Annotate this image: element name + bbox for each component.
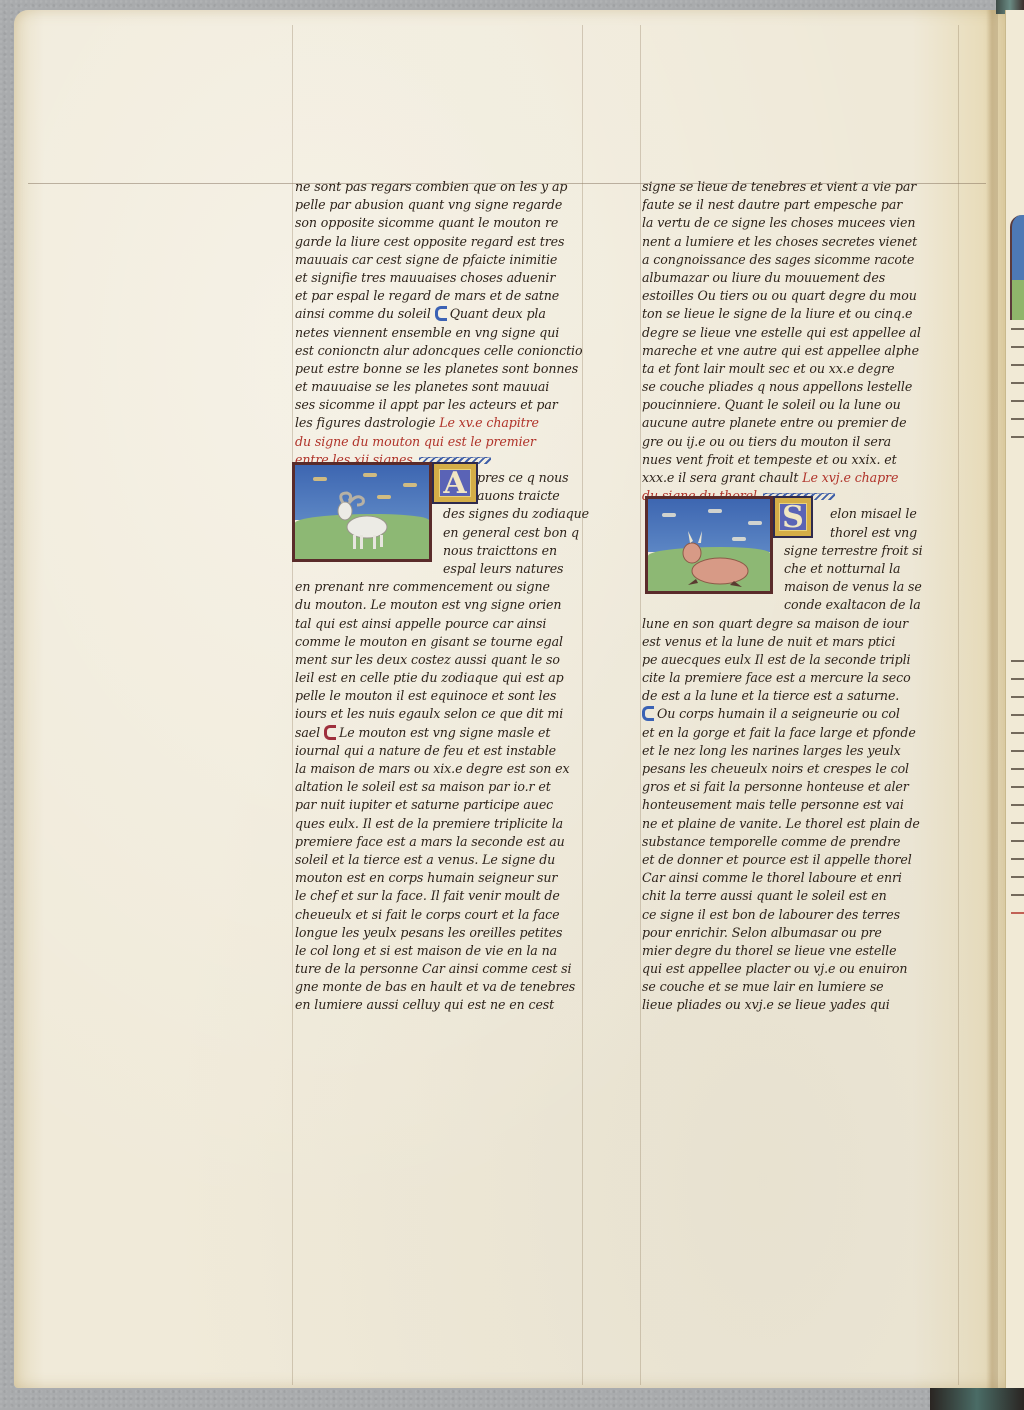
decorated-initial-a: A (432, 462, 478, 504)
text-line: premiere face est a mars la seconde est … (295, 833, 595, 851)
chapter-rubric: Le xv.e chapitre (439, 415, 539, 430)
text-line: Ou corps humain il a seigneurie ou col (642, 705, 957, 723)
ram-icon (333, 489, 399, 555)
adjacent-text-fragment (1011, 346, 1024, 348)
adjacent-text-fragment (1011, 418, 1024, 420)
binding-bottom-edge (930, 1388, 1024, 1410)
adjacent-text-fragment (1011, 678, 1024, 680)
pilcrow-icon (642, 706, 654, 721)
star-cloud (313, 477, 327, 481)
text-line: leil est en celle ptie du zodiaque qui e… (295, 669, 595, 687)
text-line: longue les yeulx pesans les oreilles pet… (295, 924, 595, 942)
text-line: cite la premiere face est a mercure la s… (642, 669, 957, 687)
pilcrow-icon (324, 725, 336, 740)
gutter-shadow (986, 10, 998, 1388)
text-line: a congnoissance des sages sicomme racote (642, 251, 957, 269)
text-line: lieue pliades ou xvj.e se lieue yades qu… (642, 996, 957, 1014)
adjacent-text-fragment (1011, 364, 1024, 366)
text-line: pelle le mouton il est equinoce et sont … (295, 687, 595, 705)
star-cloud (403, 483, 417, 487)
adjacent-text-fragment (1011, 750, 1024, 752)
text-line: les figures dastrologie Le xv.e chapitre (295, 414, 595, 432)
text-line: estoilles Ou tiers ou ou quart degre du … (642, 287, 957, 305)
adjacent-text-fragment (1011, 732, 1024, 734)
text-line: nues vent froit et tempeste et ou xxix. … (642, 451, 957, 469)
text-line: ture de la personne Car ainsi comme cest… (295, 960, 595, 978)
adjacent-page-edge (1005, 10, 1024, 1388)
text-line: honteusement mais telle personne est vai (642, 796, 957, 814)
text-line: albumazar ou liure du mouuement des (642, 269, 957, 287)
ruling-line-right-inner (958, 25, 959, 1385)
adjacent-text-fragment (1011, 894, 1024, 896)
adjacent-text-fragment (1011, 822, 1024, 824)
text-line: altation le soleil est sa maison par io.… (295, 778, 595, 796)
text-fragment: les figures dastrologie (295, 415, 435, 430)
text-fragment: xxx.e il sera grant chault (642, 470, 798, 485)
text-line: et le nez long les narines larges les ye… (642, 742, 957, 760)
text-line: sael Le mouton est vng signe masle et (295, 724, 595, 742)
text-line: poucinniere. Quant le soleil ou la lune … (642, 396, 957, 414)
text-line: et en la gorge et fait la face large et … (642, 724, 957, 742)
text-line: espal leurs natures (295, 560, 595, 578)
star-cloud (363, 473, 377, 477)
adjacent-text-fragment (1011, 328, 1024, 330)
text-fragment: Ou corps humain il a seigneurie ou col (657, 706, 900, 721)
text-line: ses sicomme il appt par les acteurs et p… (295, 396, 595, 414)
text-line: ne et plaine de vanite. Le thorel est pl… (642, 815, 957, 833)
star-cloud (662, 513, 676, 517)
text-line: pesans les cheueulx noirs et crespes le … (642, 760, 957, 778)
text-line: comme le mouton en gisant se tourne egal (295, 633, 595, 651)
text-line: la maison de mars ou xix.e degre est son… (295, 760, 595, 778)
text-line: et de donner et pource est il appelle th… (642, 851, 957, 869)
text-line: soleil et la tierce est a venus. Le sign… (295, 851, 595, 869)
text-column-right: signe se lieue de tenebres et vient a vi… (642, 178, 957, 1015)
adjacent-text-fragment (1011, 696, 1024, 698)
text-fragment: Le mouton est vng signe masle et (339, 725, 550, 740)
text-column-left: ne sont pas regars combien que on les y … (295, 178, 595, 1015)
adjacent-text-fragment (1011, 382, 1024, 384)
text-line: chit la terre aussi quant le soleil est … (642, 887, 957, 905)
text-line: signe se lieue de tenebres et vient a vi… (642, 178, 957, 196)
text-line: se couche pliades q nous appellons leste… (642, 378, 957, 396)
decorated-initial-s: S (773, 496, 813, 538)
text-line: le col long et si est maison de vie en l… (295, 942, 595, 960)
star-cloud (708, 509, 722, 513)
text-line: la vertu de ce signe les choses mucees v… (642, 214, 957, 232)
initial-letter: A (439, 469, 470, 498)
text-line: mouton est en corps humain seigneur sur (295, 869, 595, 887)
text-line: peut estre bonne se les planetes sont bo… (295, 360, 595, 378)
adjacent-text-fragment (1011, 714, 1024, 716)
adjacent-text-fragment (1011, 436, 1024, 438)
text-line: par nuit iupiter et saturne participe au… (295, 796, 595, 814)
text-line: garde la liure cest opposite regard est … (295, 233, 595, 251)
bull-icon (676, 527, 756, 593)
text-line: ainsi comme du soleil Quant deux pla (295, 305, 595, 323)
text-line: et par espal le regard de mars et de sat… (295, 287, 595, 305)
text-line: est venus et la lune de nuit et mars pti… (642, 633, 957, 651)
ruling-line-left-outer (292, 25, 293, 1385)
text-line: netes viennent ensemble en vng signe qui (295, 324, 595, 342)
text-line: faute se il nest dautre part empesche pa… (642, 196, 957, 214)
text-line: substance temporelle comme de prendre (642, 833, 957, 851)
text-line: mareche et vne autre qui est appellee al… (642, 342, 957, 360)
text-line: pour enrichir. Selon albumasar ou pre (642, 924, 957, 942)
adjacent-text-fragment (1011, 786, 1024, 788)
text-line: gros et si fait la personne honteuse et … (642, 778, 957, 796)
chapter-rubric: Le xvj.e chapre (802, 470, 898, 485)
adjacent-text-fragment (1011, 840, 1024, 842)
taurus-miniature (645, 496, 773, 594)
text-line: et signifie tres mauuaises choses adueni… (295, 269, 595, 287)
adjacent-text-fragment (1011, 400, 1024, 402)
text-fragment: sael (295, 725, 320, 740)
chapter-rubric: du signe du mouton qui est le premier (295, 433, 595, 451)
text-fragment: Quant deux pla (450, 306, 546, 321)
text-line: mauuais car cest signe de pfaicte inimit… (295, 251, 595, 269)
text-line: ques eulx. Il est de la premiere triplic… (295, 815, 595, 833)
text-line: Car ainsi comme le thorel laboure et enr… (642, 869, 957, 887)
adjacent-page-miniature (1010, 215, 1024, 320)
text-line: ta et font lair moult sec et ou xx.e deg… (642, 360, 957, 378)
text-line: pelle par abusion quant vng signe regard… (295, 196, 595, 214)
text-line: ton se lieue le signe de la liure et ou … (642, 305, 957, 323)
text-line: en prenant nre commencement ou signe (295, 578, 595, 596)
text-line: qui est appellee placter ou vj.e ou enui… (642, 960, 957, 978)
text-line: gre ou ij.e ou ou tiers du mouton il ser… (642, 433, 957, 451)
text-line: tal qui est ainsi appelle pource car ain… (295, 615, 595, 633)
adjacent-text-fragment (1011, 660, 1024, 662)
text-line: nent a lumiere et les choses secretes vi… (642, 233, 957, 251)
text-line: le chef et sur la face. Il fait venir mo… (295, 887, 595, 905)
text-line: ment sur les deux costez aussi quant le … (295, 651, 595, 669)
pilcrow-icon (435, 306, 447, 321)
text-line: gne monte de bas en hault et va de teneb… (295, 978, 595, 996)
adjacent-rubric-fragment (1011, 912, 1024, 914)
text-line: aucune autre planete entre ou premier de (642, 414, 957, 432)
text-line: en lumiere aussi celluy qui est ne en ce… (295, 996, 595, 1014)
adjacent-text-fragment (1011, 804, 1024, 806)
text-line: iours et les nuis egaulx selon ce que di… (295, 705, 595, 723)
text-fragment: ainsi comme du soleil (295, 306, 431, 321)
text-line: lune en son quart degre sa maison de iou… (642, 615, 957, 633)
ruling-line-right-outer (640, 25, 641, 1385)
adjacent-text-fragment (1011, 768, 1024, 770)
text-line: conde exaltacon de la (642, 596, 957, 614)
text-line: cheueulx et si fait le corps court et la… (295, 906, 595, 924)
text-line: se couche et se mue lair en lumiere se (642, 978, 957, 996)
text-line: degre se lieue vne estelle qui est appel… (642, 324, 957, 342)
initial-letter: S (779, 503, 806, 532)
text-line: iournal qui a nature de feu et est insta… (295, 742, 595, 760)
text-line: mier degre du thorel se lieue vne estell… (642, 942, 957, 960)
text-line: ne sont pas regars combien que on les y … (295, 178, 595, 196)
adjacent-text-fragment (1011, 858, 1024, 860)
text-line: est conionctn alur adoncques celle conio… (295, 342, 595, 360)
text-line: du mouton. Le mouton est vng signe orien (295, 596, 595, 614)
text-line: son opposite sicomme quant le mouton re (295, 214, 595, 232)
adjacent-text-fragment (1011, 876, 1024, 878)
text-line: de est a la lune et la tierce est a satu… (642, 687, 957, 705)
text-line: xxx.e il sera grant chault Le xvj.e chap… (642, 469, 957, 487)
aries-miniature (292, 462, 432, 562)
text-line: et mauuaise se les planetes sont mauuai (295, 378, 595, 396)
star-cloud (748, 521, 762, 525)
text-line: ce signe il est bon de labourer des terr… (642, 906, 957, 924)
text-line: pe auecques eulx Il est de la seconde tr… (642, 651, 957, 669)
